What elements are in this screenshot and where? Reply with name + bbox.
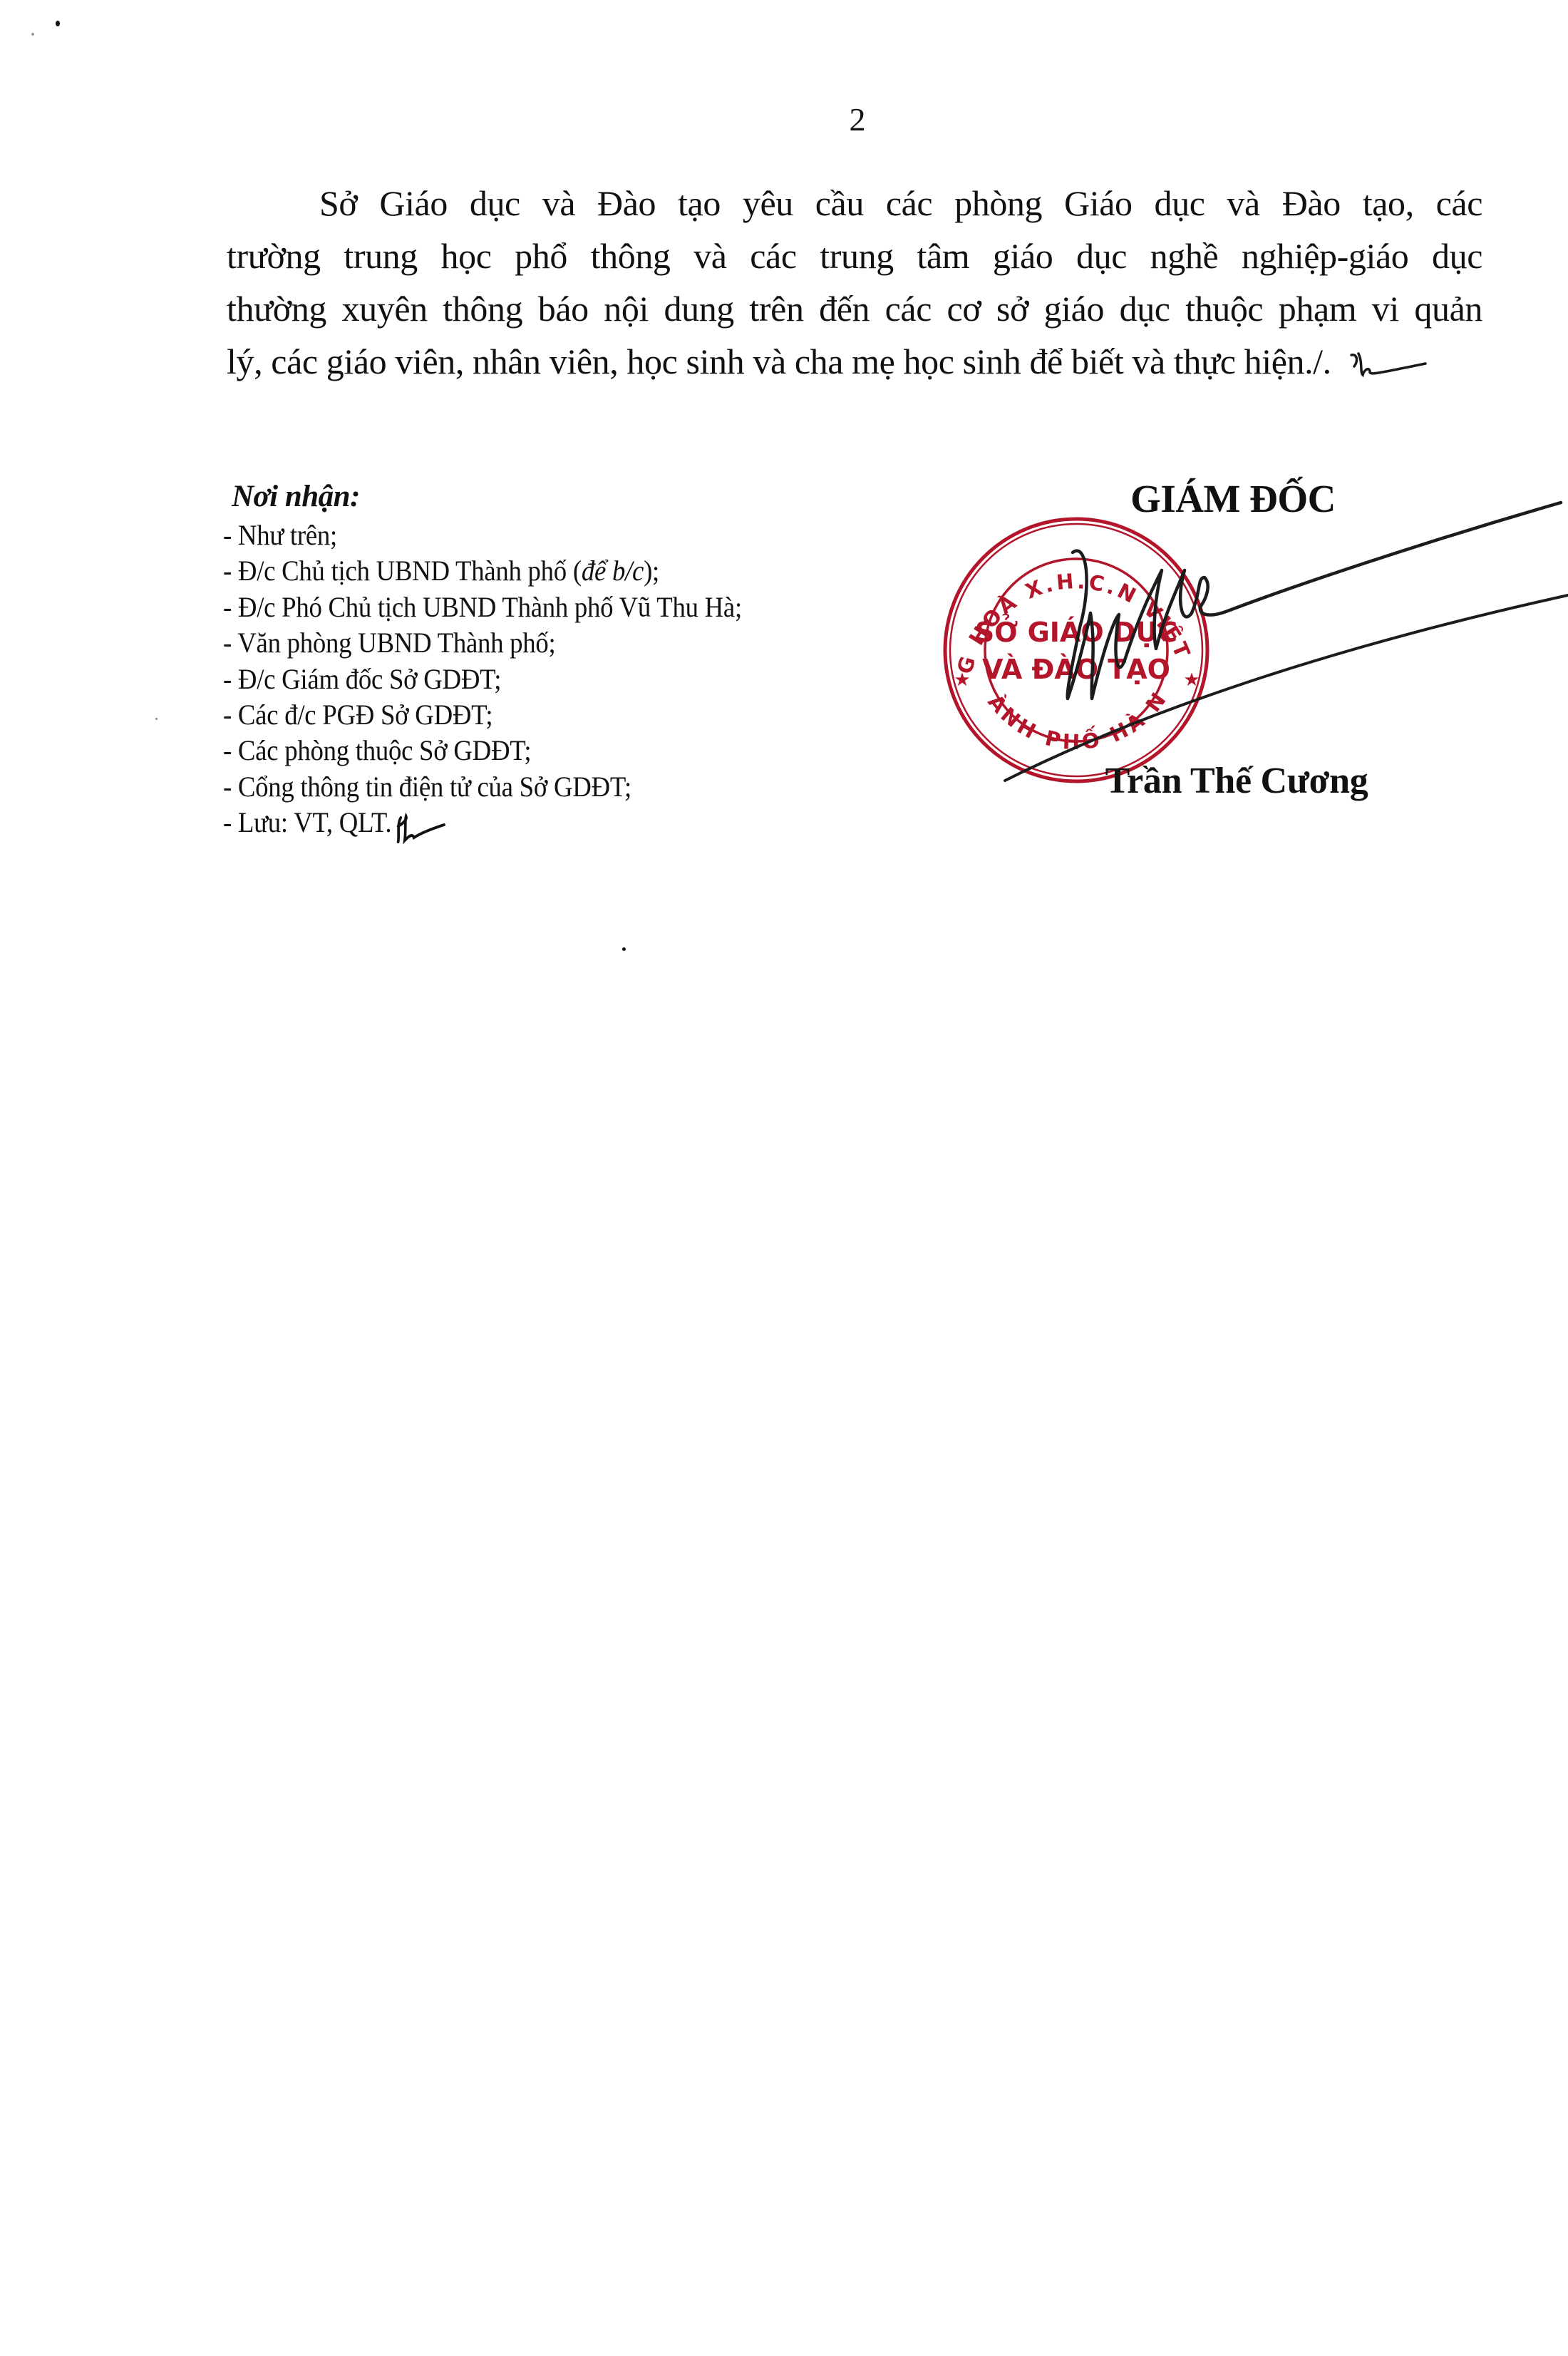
paragraph-line: thường xuyên thông báo nội dung trên đến… (227, 282, 1482, 335)
recipient-item: - Đ/c Giám đốc Sở GDĐT; (223, 662, 742, 697)
recipient-item: - Lưu: VT, QLT. (223, 805, 742, 845)
recipient-item: - Đ/c Phó Chủ tịch UBND Thành phố Vũ Thu… (223, 590, 742, 625)
recipient-item: - Đ/c Chủ tịch UBND Thành phố (để b/c); (223, 553, 742, 589)
paragraph-line-last: lý, các giáo viên, nhân viên, học sinh v… (227, 335, 1482, 388)
paragraph-line: Sở Giáo dục và Đào tạo yêu cầu các phòng… (227, 177, 1482, 230)
scan-speck (622, 947, 626, 951)
signer-name: Trần Thế Cương (1055, 758, 1418, 804)
scan-speck (56, 21, 60, 26)
paragraph-line: trường trung học phổ thông và các trung … (227, 230, 1482, 282)
initials-mark-icon (394, 812, 447, 845)
recipients-block: Nơi nhận: - Như trên; - Đ/c Chủ tịch UBN… (223, 479, 787, 845)
recipient-item: - Các phòng thuộc Sở GDĐT; (223, 733, 742, 768)
recipient-item: - Văn phòng UBND Thành phố; (223, 625, 742, 661)
initials-mark-icon (1348, 351, 1427, 379)
recipients-title: Nơi nhận: (223, 479, 787, 515)
handwritten-signature-icon (927, 485, 1568, 798)
recipient-item: - Cổng thông tin điện tử của Sở GDĐT; (223, 769, 742, 805)
paragraph-line-text: lý, các giáo viên, nhân viên, học sinh v… (227, 341, 1331, 381)
scan-speck (155, 718, 158, 720)
body-paragraph: Sở Giáo dục và Đào tạo yêu cầu các phòng… (227, 177, 1482, 388)
scan-speck (31, 33, 34, 36)
recipient-item: - Như trên; (223, 518, 742, 553)
recipient-item: - Các đ/c PGĐ Sở GDĐT; (223, 697, 742, 733)
page-number: 2 (0, 98, 1568, 141)
recipients-list: - Như trên; - Đ/c Chủ tịch UBND Thành ph… (223, 518, 787, 845)
